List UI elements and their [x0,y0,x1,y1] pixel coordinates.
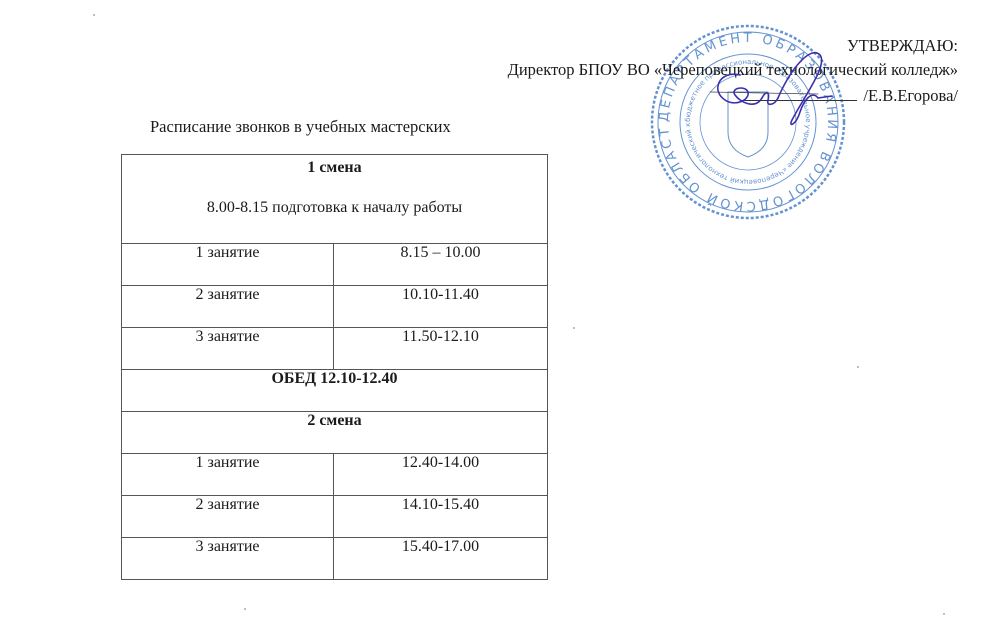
shift2-title: 2 смена [122,412,548,454]
bell-schedule-table: 1 смена 8.00-8.15 подготовка к началу ра… [121,154,548,580]
shift1-preparation: 8.00-8.15 подготовка к началу работы [122,199,547,217]
lunch-cell: ОБЕД 12.10-12.40 [122,370,548,412]
shift2-header-row: 2 смена [122,412,548,454]
lesson-label: 2 занятие [122,286,334,328]
lesson-time: 12.40-14.00 [334,454,548,496]
shift1-title: 1 смена [122,159,547,177]
scan-speck [93,14,95,16]
table-row: 1 занятие 12.40-14.00 [122,454,548,496]
table-row: 1 занятие 8.15 – 10.00 [122,244,548,286]
lesson-time: 15.40-17.00 [334,538,548,580]
lesson-label: 3 занятие [122,328,334,370]
lesson-time: 14.10-15.40 [334,496,548,538]
table-row: 2 занятие 14.10-15.40 [122,496,548,538]
document-title: Расписание звонков в учебных мастерских [150,117,451,137]
scan-speck [857,366,859,368]
signature [700,40,850,140]
lesson-label: 3 занятие [122,538,334,580]
scan-speck [244,608,246,610]
lesson-time: 10.10-11.40 [334,286,548,328]
table-row: 3 занятие 11.50-12.10 [122,328,548,370]
lesson-time: 8.15 – 10.00 [334,244,548,286]
lesson-label: 1 занятие [122,454,334,496]
approver-name: /Е.В.Егорова/ [863,86,958,105]
lesson-label: 1 занятие [122,244,334,286]
table-row: 2 занятие 10.10-11.40 [122,286,548,328]
shift1-header-cell: 1 смена 8.00-8.15 подготовка к началу ра… [122,155,548,244]
shift1-header-row: 1 смена 8.00-8.15 подготовка к началу ра… [122,155,548,244]
lunch-row: ОБЕД 12.10-12.40 [122,370,548,412]
scan-speck [573,327,575,329]
lesson-time: 11.50-12.10 [334,328,548,370]
scan-speck [943,613,945,615]
lesson-label: 2 занятие [122,496,334,538]
table-row: 3 занятие 15.40-17.00 [122,538,548,580]
